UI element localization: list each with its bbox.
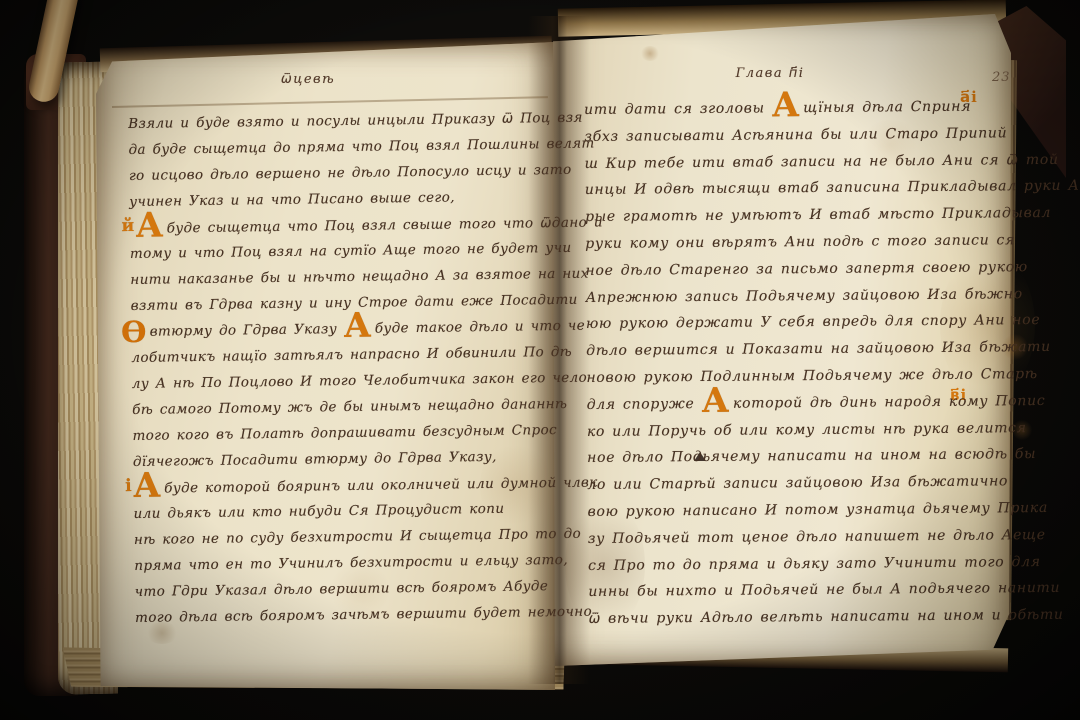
text-line: юю рукою держати У себя впредь для спору…: [586, 309, 1014, 340]
text-line: ное дѣло Подьячему написати на ином на в…: [587, 443, 1015, 474]
text-line: ся Про то до пряма и дьяку зато Учинити …: [588, 550, 1016, 581]
folio-number: 23: [992, 70, 1011, 85]
text-line: инцы И одвѣ тысящи втаб записина Приклад…: [585, 175, 1013, 206]
margin-initial: і: [125, 474, 132, 498]
text-line: ко или Поручь об или кому листы нѣ рука …: [587, 416, 1015, 447]
text-line: зу Подьячей тот ценое дѣло напишет не дѣ…: [588, 523, 1016, 554]
manuscript-photo: ѿцевѣ Глава п҃і 23 а҃і в҃і Взяли и буде …: [0, 0, 1080, 720]
drop-initial: А: [772, 100, 800, 110]
text-line: ѿ вѣчи руки Адѣло велѣть написати на ино…: [588, 603, 1016, 634]
text-line: ло или Старѣй записи зайцовою Иза бѣжати…: [587, 469, 1015, 500]
drop-initial-fita: Ѳ: [121, 327, 147, 337]
text-line: ное дѣло Старенго за письмо запертя свое…: [585, 255, 1013, 286]
left-page-text: Взяли и буде взято и посулы инцыли Прика…: [128, 106, 555, 632]
text-line: инны бы нихто и Подьячей не был А подьяч…: [588, 577, 1016, 608]
text-segment: буде сыщетца что Поц взял свыше того что…: [167, 214, 603, 236]
text-segment: щїныя дѣла Сприня: [803, 99, 971, 116]
text-line: рые грамотѣ не умѣютъ И втаб мѣсто Прикл…: [585, 201, 1013, 232]
chapter-heading: Глава п҃і: [705, 66, 835, 81]
drop-initial: А: [133, 481, 161, 491]
left-page-header: ѿцевѣ: [243, 72, 373, 87]
drop-initial: А: [702, 396, 730, 406]
text-segment: для споруже: [587, 396, 702, 413]
text-line: новою рукою Подлинным Подьячему же дѣло …: [586, 362, 1014, 393]
drop-initial: А: [344, 321, 372, 331]
text-line: дѣло вершится и Показати на зайцовою Иза…: [586, 335, 1014, 366]
text-segment: которой дѣ динь народя кому Попис: [733, 393, 1045, 412]
stain: [640, 46, 660, 61]
right-page-text: ити дати ся зголовы Ащїныя дѣла Сприня з…: [584, 94, 1017, 634]
text-segment: буде которой бояринъ или околничей или д…: [164, 474, 598, 496]
text-segment: буде такое дѣло и что че: [375, 318, 586, 337]
text-line: вою рукою написано И потом узнатца дьяче…: [588, 496, 1016, 527]
text-line: збхз записывати Асѣянина бы или Старо Пр…: [584, 121, 1012, 152]
text-line: руки кому они вѣрятъ Ани подѣ с того зап…: [585, 228, 1013, 259]
text-line: ити дати ся зголовы Ащїныя дѣла Сприня: [584, 94, 1012, 125]
text-segment: втюрму до Гдрва Указу: [150, 321, 344, 340]
text-line: Апрежнюю запись Подьячему зайцовою Иза б…: [586, 282, 1014, 313]
text-segment: ити дати ся зголовы: [584, 100, 772, 118]
margin-initial: й: [121, 214, 134, 238]
text-line: для споруже Акоторой дѣ динь народя кому…: [587, 389, 1015, 420]
text-line: ш Кир тебе ити втаб записи на не было Ан…: [584, 148, 1012, 179]
drop-initial: А: [136, 221, 164, 231]
